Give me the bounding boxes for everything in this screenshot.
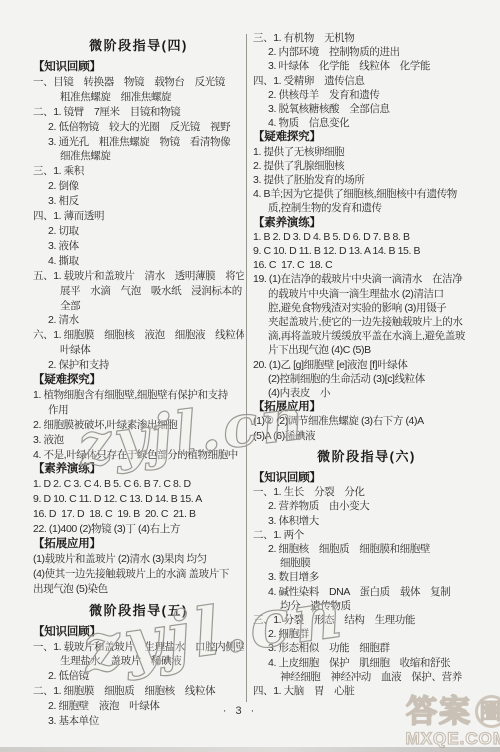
answer-line: 1. 植物细胞含有细胞壁,细胞壁有保护和支持 — [33, 388, 244, 403]
answer-line: 4. 不是,叶绿体只存在于绿色部分的植物细胞中 — [33, 448, 244, 463]
section-label: 【拓展应用】 — [33, 537, 244, 552]
answer-line: 4. B羊;因为它提供了细胞核,细胞核中有遗传物 — [253, 187, 480, 201]
answer-line: 二、1. 镜臂 7厘米 目镜和物镜 — [33, 105, 244, 120]
answer-line: 二、1. 两个 — [253, 528, 480, 542]
answer-line: 展平 水滴 气泡 吸水纸 浸润标本的 — [33, 284, 244, 299]
section-title: 微阶段指导(六) — [253, 449, 480, 465]
answer-line: 3. 相反 — [33, 194, 244, 209]
answer-line: 神经细胞 神经冲动 血液 保护、营养 — [253, 670, 480, 684]
answer-line: 2. 内部环境 控制物质的进出 — [253, 45, 480, 59]
answer-line: 一、1. 载玻片和盖玻片 生理盐水 口腔内侧壁 — [33, 640, 244, 655]
answer-line: 3. 脱氧核糖核酸 全部信息 — [253, 102, 480, 116]
answer-line: 细胞膜 — [253, 556, 480, 570]
answer-line: 3. 形态相似 功能 细胞群 — [253, 641, 480, 655]
answer-line: 3. 通光孔 粗准焦螺旋 物镜 看清物像 — [33, 135, 244, 150]
answer-line: 二、1. 细胞膜 细胞质 细胞核 线粒体 — [33, 684, 244, 699]
scanned-answer-page: 微阶段指导(四)【知识回顾】一、目镜 转换器 物镜 载物台 反光镜粗准焦螺旋 细… — [0, 0, 500, 752]
answer-line: 片下出现气泡 (4)C (5)B — [253, 343, 480, 357]
answer-line: 质,控制生物的发育和遗传 — [253, 201, 480, 215]
answer-line: 2. 清水 — [33, 313, 244, 328]
answer-line: 三、1. 有机物 无机物 — [253, 31, 480, 45]
column-divider — [246, 34, 247, 702]
answer-line: 4. 上皮细胞 保护 肌细胞 收缩和舒张 — [253, 656, 480, 670]
answer-circle-logo: 答案 圈 MXQE.COM — [406, 695, 500, 747]
answer-line: 3. 提供了胚胎发育的场所 — [253, 173, 480, 187]
answer-line: 1. D 2. C 3. C 4. B 5. C 6. B 7. C 8. D — [33, 477, 244, 492]
answer-line: 四、1. 薄而透明 — [33, 209, 244, 224]
answer-line: 3. 液泡 — [33, 433, 244, 448]
section-label: 【拓展应用】 — [253, 400, 480, 414]
answer-line: 作用 — [33, 403, 244, 418]
section-label: 【素养演练】 — [33, 462, 244, 477]
answer-line: 夹起盖玻片,使它的一边先接触载玻片上的水 — [253, 315, 480, 329]
answer-line: (5)A (6)稀碘液 — [253, 429, 480, 443]
answer-line: 生理盐水 盖玻片 稀碘液 — [33, 654, 244, 669]
answer-line: 叶绿体 — [33, 343, 244, 358]
answer-line: (1)载玻片和盖玻片 (2)清水 (3)果肉 均匀 — [33, 552, 244, 567]
answer-line: 一、目镜 转换器 物镜 载物台 反光镜 — [33, 75, 244, 90]
section-label: 【知识回顾】 — [33, 60, 244, 75]
answer-line: 19. (1)在洁净的载玻片中央滴一滴清水 在洁净 — [253, 272, 480, 286]
answer-line: 4. 撕取 — [33, 254, 244, 269]
page-number: · 3 · — [0, 705, 480, 717]
answer-line: 2. 提供了乳腺细胞核 — [253, 159, 480, 173]
answer-line: (2)控制细胞的生命活动 (3)[c]线粒体 — [253, 372, 480, 386]
answer-line: 16. D 17. D 18. C 19. B 20. C 21. B — [33, 507, 244, 522]
answer-line: 出现气泡 (5)染色 — [33, 582, 244, 597]
answer-line: 3. 液体 — [33, 239, 244, 254]
answer-line: 2. 低倍镜 — [33, 669, 244, 684]
logo-site-text: MXQE.COM — [406, 730, 500, 747]
answer-line: 2. 细胞膜被破坏,叶绿素渗出细胞 — [33, 418, 244, 433]
answer-line: 9. D 10. C 11. D 12. C 13. D 14. B 15. A — [33, 492, 244, 507]
answer-line: 一、1. 生长 分裂 分化 — [253, 485, 480, 499]
answer-line: 3. 数目增多 — [253, 570, 480, 584]
section-label: 【知识回顾】 — [253, 471, 480, 485]
answer-line: 三、1. 分裂 形态 结构 生理功能 — [253, 613, 480, 627]
answer-line: 20. (1)乙 [g]细胞壁 [e]液泡 [f]叶绿体 — [253, 358, 480, 372]
answer-line: 四、1. 受精卵 遗传信息 — [253, 74, 480, 88]
left-column: 微阶段指导(四)【知识回顾】一、目镜 转换器 物镜 载物台 反光镜粗准焦螺旋 细… — [33, 35, 244, 729]
section-title: 微阶段指导(四) — [33, 38, 244, 54]
answer-line: 4. 碱性染料 DNA 蛋白质 载体 复制 — [253, 585, 480, 599]
answer-line: 2. 低倍物镜 较大的光圈 反光镜 视野 — [33, 120, 244, 135]
answer-line: 腔,避免食物残渣对实验的影响 (3)用镊子 — [253, 301, 480, 315]
answer-line: (4)使其一边先接触载玻片上的水滴 盖玻片下 — [33, 567, 244, 582]
section-title: 微阶段指导(五) — [33, 603, 244, 619]
answer-line: 六、1. 细胞膜 细胞核 液泡 细胞液 线粒体 — [33, 328, 244, 343]
answer-line: 1. 提供了无核卵细胞 — [253, 145, 480, 159]
answer-line: 五、1. 载玻片和盖玻片 清水 透明薄膜 将它 — [33, 269, 244, 284]
answer-line: 的载玻片中央滴一滴生理盐水 (2)清洁口 — [253, 287, 480, 301]
answer-line: 16. C 17. C 18. C — [253, 258, 480, 272]
right-column: 三、1. 有机物 无机物2. 内部环境 控制物质的进出3. 叶绿体 化学能 线粒… — [253, 31, 480, 698]
answer-line: 细准焦螺旋 — [33, 149, 244, 164]
answer-line: (4)内表皮 小 — [253, 386, 480, 400]
answer-line: (1)② (2)调节细准焦螺旋 (3)右下方 (4)A — [253, 414, 480, 428]
answer-line: 三、1. 乘积 — [33, 164, 244, 179]
answer-line: 2. 细胞群 — [253, 627, 480, 641]
answer-line: 4. 物质 信息变化 — [253, 116, 480, 130]
answer-line: 滴,再将盖玻片缓缓放平盖在水滴上,避免盖玻 — [253, 329, 480, 343]
answer-line: 22. (1)400 (2)物镜 (3)丁 (4)右上方 — [33, 522, 244, 537]
answer-line: 3. 体积增大 — [253, 514, 480, 528]
section-label: 【疑难探究】 — [253, 130, 480, 144]
answer-line: 2. 倒像 — [33, 179, 244, 194]
answer-line: 粗准焦螺旋 细准焦螺旋 — [33, 90, 244, 105]
answer-line: 全部 — [33, 299, 244, 314]
answer-line: 9. C 10. D 11. B 12. D 13. A 14. B 15. B — [253, 244, 480, 258]
answer-line: 2. 切取 — [33, 224, 244, 239]
answer-line: 2. 细胞核 细胞质 细胞膜和细胞壁 — [253, 542, 480, 556]
section-label: 【素养演练】 — [253, 216, 480, 230]
section-label: 【疑难探究】 — [33, 373, 244, 388]
answer-line: 2. 保护和支持 — [33, 358, 244, 373]
answer-line: 1. B 2. D 3. D 4. B 5. D 6. D 7. B 8. B — [253, 230, 480, 244]
answer-line: 均分 遗传物质 — [253, 599, 480, 613]
section-label: 【知识回顾】 — [33, 625, 244, 640]
answer-line: 2. 供核母羊 发育和遗传 — [253, 88, 480, 102]
answer-line: 3. 叶绿体 化学能 线粒体 化学能 — [253, 59, 480, 73]
answer-line: 2. 营养物质 由小变大 — [253, 499, 480, 513]
